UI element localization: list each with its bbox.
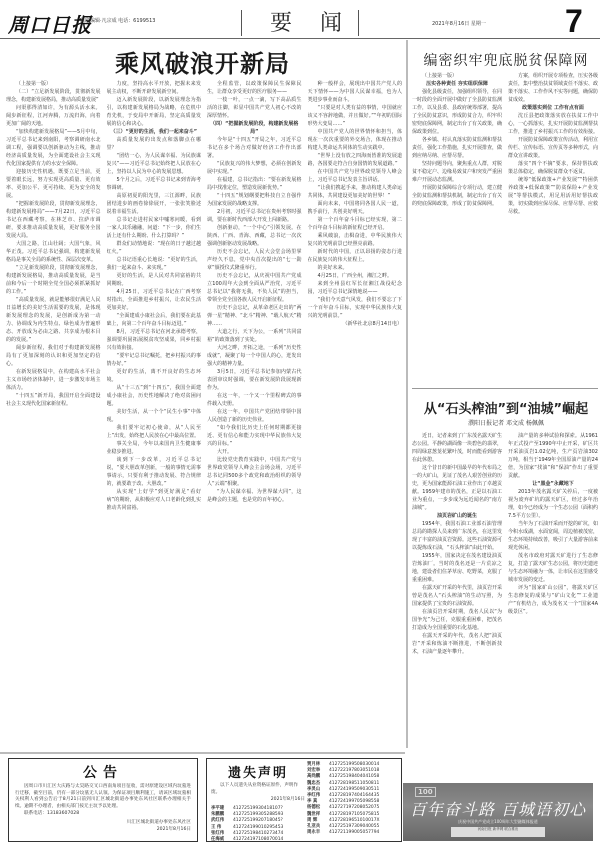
article-column: 方案，组织开展专项检查，压实各级责任，集中整治扶贫领域责任不落实、政策不落实、工… [508, 72, 598, 372]
paragraph: 在这一年，一个又一个里程碑式的事件载入史册。 [207, 392, 302, 408]
paragraph: 来到全州县红军长征湘江战役纪念园，习近平总书记深情地说—— [308, 280, 403, 296]
paragraph: “十四五”新开局，我国开启全面建设社会主义现代化国家新征程。 [6, 392, 101, 408]
article-column: 近日，记者来到了广东茂名露天矿生态公园。平静的湖面像一块碧色的翡翠，四周绿意葱茏… [412, 432, 502, 760]
lost-declaration-body: 以下人员遗失从业资格证原件，声明作废。 [211, 783, 305, 796]
paragraph: 比较党史教育实践中，中国共产党与世界政党领导人峰会主会场会场，习近平总书记同50… [207, 456, 302, 488]
article-column: （上接第一版）压实各种责任 夯实组织保障强化县级责任，加强组织领导，在同一时段的… [412, 72, 502, 372]
subheading: 压实各种责任 夯实组织保障 [412, 80, 502, 88]
paragraph: 1954年，我国石油工业部石油管理总局的勘探人员来到广东茂名，在这里发现了丰富的… [412, 520, 502, 552]
section-title: 要闻 [270, 6, 370, 37]
paragraph: 我们要牢记初心使命，从“人民至上”出发，始终把人民放在心中最高位置。 [107, 424, 202, 440]
poverty-article-headline: 编密织牢兜底脱贫保障网 [412, 50, 600, 70]
notice-phone: 联系电话：13183607028 [15, 810, 191, 816]
paragraph: 近日，记者来到了广东茂名露天矿生态公园。平静的湖面像一块碧色的翡翠，四周绿意葱茏… [412, 432, 502, 464]
paragraph: “团结一心，为人民谋幸福、为民族谋复兴”——习近平总书记始终把人民放在心上，坚持… [107, 152, 202, 176]
lost-entry-row: 周永丰412721199005057794 [307, 830, 401, 836]
paragraph: 一枝一叶，一点一滴，写下高品质生活的注脚，彰显中国共产党人初心不改的深厚情怀。 [207, 96, 302, 120]
paragraph: 开展防贫保障政策宣传活动，利用宣传栏、宣传标语、宣传页等多种形式，向群众宣讲政策… [508, 136, 598, 160]
banner-credit: 河南日报 新华网 联合推出 [451, 827, 545, 837]
paragraph: 第一个百年奋斗目标已经实现，第二个百年奋斗目标的新征程已经开启。 [308, 216, 403, 232]
column-separator [406, 40, 408, 748]
subheading: 油页岩矿山的诞生 [412, 512, 502, 520]
paragraph: 历史不会忘记，从革命老区走出的“两弹一星”精神、“北斗”精神、“载人航天”精神…… [207, 304, 302, 328]
article-column: 种一般样会，展现出中国共产党人的天下情怀——为中国人民谋幸福，也为人类进步事业而… [308, 80, 403, 730]
masthead: 周口日报 值班编辑·凡宗成 电话：6199513 要闻 2021年8月16日 星… [0, 0, 600, 40]
paragraph: 面向未来，中国将同各国人民一道，携手前行，共创美好明天。 [308, 200, 403, 216]
paragraph: 在新发展格局中，在构建高水平社会主义市场经济体制中，进一步激发市场主体活力。 [6, 368, 101, 392]
paragraph: 问渠那得清如许，为有源头活水来。阔步新征程，江河奔腾，万流归海，向着更加广阔的天… [6, 104, 101, 128]
paragraph: （上接第一版） [412, 72, 502, 80]
paragraph: 高质量发展的出发点和落脚点在哪里？ [107, 136, 202, 152]
header-rule [0, 38, 600, 39]
paragraph: 迎接历史性机遇，既要立足当前，更要着眼长远，努力实现更高质量、更有效率、更加公平… [6, 168, 101, 200]
paragraph: 大道之行，天下为公，一系列“共同富裕”的政策落到了实处。 [207, 328, 302, 344]
paragraph: 在露天矿开采的年代里，油页岩开采曾是茂名人“石头榨油”的生动写照，为国家提供了宝… [412, 584, 502, 608]
paragraph: 5个月之后，习近平总书记来到青海考察调研。 [107, 176, 202, 192]
paragraph: 总书记语重心长地说：“更好的生活，我们一起来奋斗、来实现。” [107, 256, 202, 272]
paragraph: （二）“立足新发展阶段，贯彻新发展理念，构建新发展格局，推动高质量发展” [6, 88, 101, 104]
notice-title: 公告 [15, 762, 191, 782]
paragraph: 在露天开采的年代，茂名人把“油页岩”开采和炼油不断推进，不断创新技术，石油产量逐… [412, 632, 502, 656]
subheading: 让“黑金”永藏地下 [508, 480, 598, 488]
paragraph: 今年是“十四五”开局之年，习近平总书记在多个场合对做好经济工作作出部署。 [207, 136, 302, 160]
poverty-article-body: （上接第一版）压实各种责任 夯实组织保障强化县级责任，加强组织领导，在同一时段的… [412, 72, 598, 372]
paragraph: “要牢记总书记嘱托，把乡村振兴的事情办好。” [107, 352, 202, 368]
paragraph: 坚持问题导向，聚焦重点人群，对脱贫不稳定户、边缘易致贫户和突发严重困难户开展动态… [412, 160, 502, 184]
paragraph: 更好的生活，是人民对共同富裕的共同期盼。 [107, 272, 202, 288]
person-name: 任海威 [211, 837, 233, 843]
paragraph: 在油页岩开采时期，茂名人民以“为国争光”为己任，克服重重困难，把茂名打造成为全国… [412, 608, 502, 632]
paragraph: 迈入新发展阶段，以新发展理念为指引，以构建新发展格局为战略，在危机中育先机，于变… [107, 96, 202, 128]
paragraph: 大河之畔，开拓之途，一系列“历史性成就”，凝聚了每一个中国人的心，迸发出强大的精… [207, 344, 302, 368]
article-column: 全程监管，以政策保障民生保障民生，让群众享受更好的医疗服务——一枝一叶，一点一滴… [207, 80, 302, 730]
article-column: 力度，坚持高水平开放，把握未来发展主动权，不断开辟发展新空间。迈入新发展阶段，以… [107, 80, 202, 730]
paragraph: 落实“四个不摘”要求，保持帮扶政策总体稳定，确保脱贫群众不返贫。 [508, 160, 598, 176]
lost-declaration-date: 2021年8月16日 [211, 796, 305, 802]
issue-date: 2021年8月16日 星期一 [432, 20, 486, 27]
paragraph: 在中国共产党与世界政党领导人峰会上，习近平总书记发表主旨讲话。 [308, 168, 403, 184]
paragraph: “只要是对人类有益的事情，中国就应该义不容辞地做，并且做好。”“年初的国际形势大… [308, 104, 403, 128]
article-byline: 濮阳日报记者 邓文成 杨佩佩 [412, 418, 600, 427]
paragraph: 油产量的多种试验和探索。从1961年正式投产至1990年中止开采，矿区共开采油页… [508, 432, 598, 480]
paragraph: 2月初，习近平总书记在贵州考察时强调，要在新时代西部大开发上闯新路。 [207, 208, 302, 224]
paragraph: 更好的生活，离不开良好的生态环境。 [107, 368, 202, 384]
subheading: （三）“更好的生活，我们一起来奋斗” [107, 128, 202, 136]
article-divider [412, 388, 598, 389]
person-name: 周永丰 [307, 830, 329, 836]
paragraph: 4月25日，习近平总书记在广西考察时指出，全面推进乡村振兴，让农民生活更加美好。 [107, 288, 202, 312]
paragraph: 群众们动情地说：“现在的日子越过越红火。” [107, 240, 202, 256]
id-number: 412721199005057794 [329, 830, 401, 836]
paragraph: “如今我们比历史上任何时期都更接近、更有信心和能力实现中华民族伟大复兴的目标。” [207, 424, 302, 448]
paragraph: 方案，组织开展专项检查，压实各级责任，集中整治扶贫领域责任不落实、政策不落实、工… [508, 72, 598, 104]
centennial-badge-icon: 100 [415, 787, 436, 797]
paragraph: （上接第一版） [6, 80, 101, 88]
paragraph: “让我们携起手来，推动构建人类命运共同体，共同建设更加美好的世界！” [308, 184, 403, 200]
lost-declaration-box: 遗失声明 以下人员遗失从业资格证原件，声明作废。 2021年8月16日 李平建4… [206, 758, 402, 842]
paragraph: 各乡镇、村认真落实防贫监测和帮扶责任，强化工作措施，扎实开展排查，做到应纳尽纳、… [412, 136, 502, 160]
paragraph: 统筹“低保政策+产业发展”“特困供养政策+低保政策”“防贫保险+产业发展”等帮扶… [508, 176, 598, 216]
centennial-banner-ad: 100 百年奋斗路 百城语初心 庆祝中国共产党成立100周年大型融媒体报道 河南… [403, 783, 593, 841]
lost-declaration-left: 遗失声明 以下人员遗失从业资格证原件，声明作废。 2021年8月16日 李平建4… [211, 762, 305, 843]
notice-date: 2021年8月16日 [15, 827, 191, 834]
paragraph: 中国共产党人的世界情怀和担当，体现在一次次重要的外交场合，体现在推动构建人类命运… [308, 128, 403, 152]
paragraph: 从“十三五”到“十四五”，我国全面建成小康社会，历史性地解决了绝对贫困问题。 [107, 384, 202, 408]
paragraph: 在这一年，中国共产党团结带领中国人民创造了新的历史伟业。 [207, 408, 302, 424]
main-article-body: （上接第一版）（二）“立足新发展阶段，贯彻新发展理念，构建新发展格局，推动高质量… [6, 80, 402, 730]
paragraph: 种一般样会，展现出中国共产党人的天下情怀——为中国人民谋幸福，也为人类进步事业而… [308, 80, 403, 104]
paragraph: 事关全局，今年以来国内卫生健康事业稳步推进。 [107, 440, 202, 456]
paragraph: “世界上没有放之四海而皆准的发展道路，各国要走符合自身国情的发展道路。” [308, 152, 403, 168]
paragraph: 全程监管，以政策保障民生保障民生，让群众享受更好的医疗服务—— [207, 80, 302, 96]
banner-title: 百年奋斗路 百城语初心 [403, 797, 593, 820]
phone-label: 联系电话： [24, 811, 47, 816]
masthead-divider [358, 10, 359, 36]
masthead-divider [241, 10, 242, 36]
subheading: 政策落实到位 工作有点有面 [508, 104, 598, 112]
paragraph: 评为“国家矿山公园”，将露天矿区生态修复的成果与“矿山文化”“工业遗产”有机结合… [508, 584, 598, 616]
article-column: （上接第一版）（二）“立足新发展阶段，贯彻新发展理念，构建新发展格局，推动高质量… [6, 80, 101, 730]
paragraph: “立足新发展阶段，贯彻新发展理念，构建新发展格局，推动高质量发展，是当前和今后一… [6, 264, 101, 296]
id-number: 412724197108070014 [233, 837, 305, 843]
bottom-divider [0, 752, 405, 754]
paragraph: “高质量发展，就是能够很好满足人民日益增长的美好生活需要的发展，是体现新发展理念… [6, 296, 101, 344]
lost-list-right: 贾月林412725199508030014刘宏举4127221978030510… [307, 762, 401, 843]
paragraph: 3月5日，习近平总书记参加内蒙古代表团审议时强调，要在新发展阶段展现新作为。 [207, 368, 302, 392]
paragraph: 高原初夏的阳光里，三江源畔，民族团结进步的画卷徐徐展开，一张张笑脸述说着幸福生活… [107, 192, 202, 216]
paragraph: 8月，习近平总书记在河北承德考察，强调要巩固拓展脱贫攻坚成果，同乡村振兴有效衔接… [107, 328, 202, 352]
subheading: （四）“把握新发展阶段，构建新发展格局” [207, 120, 302, 136]
paragraph: 新时代的中国，正以昂扬的姿态行进在民族复兴的伟大征程上。 [308, 248, 403, 264]
oil-city-article-body: 近日，记者来到了广东茂名露天矿生态公园。平静的湖面像一块碧色的翡翠，四周绿意葱茏… [412, 432, 598, 760]
public-notice-box: 公告 因周口市川汇区大庆路与太昊路交叉口西南角项目征收，需对原建设区域内坟墓进行… [8, 758, 198, 842]
paragraph: 大国之路，江山壮阔；大国气象，风华正茂。习近平总书记强调，构建新发展格局是事关全… [6, 240, 101, 264]
paragraph: 美好生活，从一个个“民生小事”中体现。 [107, 408, 202, 424]
main-headline: 乘风破浪开新局 [0, 44, 405, 79]
paragraph: 从实现“上好学”到更好满足“看好病”的期盼，从积极应对人口老龄化到扎实推动共同富… [107, 488, 202, 512]
dateline: （新华社北京8月14日电） [308, 320, 403, 328]
paragraph: 力度，坚持高水平开放，把握未来发展主动权，不断开辟发展新空间。 [107, 80, 202, 96]
paragraph: “把握新发展阶段，贯彻新发展理念，构建新发展格局”——7月22日，习近平总书记在… [6, 200, 101, 240]
paragraph: 历史不会忘记，从庆祝中国共产党成立100周年大会到全面从严治党，习近平总书记以“… [207, 272, 302, 304]
paragraph: “为人民谋幸福、为世界谋大同”，这是峰会的主题，也是党的百年初心。 [207, 488, 302, 504]
paragraph: 沈丘县把政策落实放在扶贫工作中心，一心抓落实，扎实开展防贫监测帮扶工作，推进了乡… [508, 112, 598, 136]
paragraph: 在福建，总书记指出：“要在新发展格局中找准定位，塑造发展新优势。” [207, 176, 302, 192]
page-number: 7 [565, 3, 583, 40]
paragraph: 当年为了石油开采而开挖的矿坑，如今积水成湖，水面宽阔，周边植被茂密，生态环境持续… [508, 520, 598, 552]
notice-signature: 川汇区城北街道办事处东风社区 2021年8月16日 [15, 820, 191, 833]
lost-declaration-title: 遗失声明 [211, 762, 305, 781]
article-column: 油产量的多种试验和探索。从1961年正式投产至1990年中止开采，矿区共开采油页… [508, 432, 598, 760]
paragraph: “我们今天意气风发，我们不要忘了下一个百年奋斗目标，实现中华民族伟大复兴的光明前… [308, 296, 403, 320]
paragraph: 强化县级责任，加强组织领导，在同一时段的全面开展中做好了全县防贫监测工作，以及县… [412, 88, 502, 136]
paragraph: 阔步新征程，我们对于构建新发展格局有了更加深刻的认识和更加坚定的信心。 [6, 344, 101, 368]
paragraph: 2013年茂名露天矿关停后，一度被视为废弃矿坑的露天矿区，经过多年治理，如今已经… [508, 488, 598, 520]
phone-number: 13183607028 [47, 811, 79, 816]
paragraph: 总书记走进村民家中嘘寒问暖，看到一家人其乐融融，问道：“下一步，你们生活上还有什… [107, 216, 202, 240]
paragraph: 1955年，国家决定在茂名建设油页岩炼油厂。当时的茂名还是一片荒凉之地，建设者们… [412, 552, 502, 584]
paragraph: 谈到下一步改革，习近平总书记说，“要大胆改革创新，一般的事情无需事事请示，只要有… [107, 456, 202, 488]
paragraph: 历史不会忘记，人民大会堂会场里掌声经久不息，党中央首次提出的“七一勋章”颁授仪式… [207, 248, 302, 272]
notice-body: 因周口市川汇区大庆路与太昊路交叉口西南角项目征收，需对原建设区域内坟墓进行迁移，… [15, 784, 191, 810]
paragraph: 开展防贫保障综合专项行动，建立健全防贫监测和帮扶机制，制定出台了有关的兜底保障政… [412, 184, 502, 208]
paragraph: “民族复兴的伟大梦想，必须在创新发展中实现。” [207, 160, 302, 176]
paragraph: “十四五”规划纲要把科技自立自强作为国家发展的战略支撑。 [207, 192, 302, 208]
lost-list-left: 李平建41272519930418107?朱鹏鹏4127251993052885… [211, 806, 305, 843]
banner-subtitle: 庆祝中国共产党成立100周年大型融媒体报道 [403, 819, 593, 825]
paragraph: 4月25日，广西全州，湘江之畔。 [308, 272, 403, 280]
paragraph: 大开。 [207, 448, 302, 456]
paragraph: 乘风破浪，击楫奋进，中华民族伟大复兴的光明前景已经照亮前路。 [308, 232, 403, 248]
oil-city-article-headline: 从“石头榨油”到“油城”崛起 [412, 398, 600, 417]
paragraph: “加快构建新发展格局”——5月中旬，习近平总书记来到南阳，考察调研南水北调工程，… [6, 128, 101, 168]
editor-info: 值班编辑·凡宗成 电话：6199513 [80, 17, 155, 24]
paragraph: 的美好未来。 [308, 264, 403, 272]
paragraph: 这个昔日的新中国最早的年代布局之一的大矿山，见证了茂名人艰苦创业的历史，更为国家… [412, 464, 502, 512]
paragraph: “全面建成小康社会后，我们要在此基础上，向第二个百年奋斗目标迈进。” [107, 312, 202, 328]
lost-entry-row: 任海威412724197108070014 [211, 837, 305, 843]
paragraph: 茂名市政府对露天矿进行了生态修复，打造了露天矿生态公园，将历史遗迹与生态环境融为… [508, 552, 598, 584]
paragraph: 创新驱动，“一个中心”引领发展。在陕西、广西、青海、西藏，总书记一次次强调创新驱… [207, 224, 302, 248]
